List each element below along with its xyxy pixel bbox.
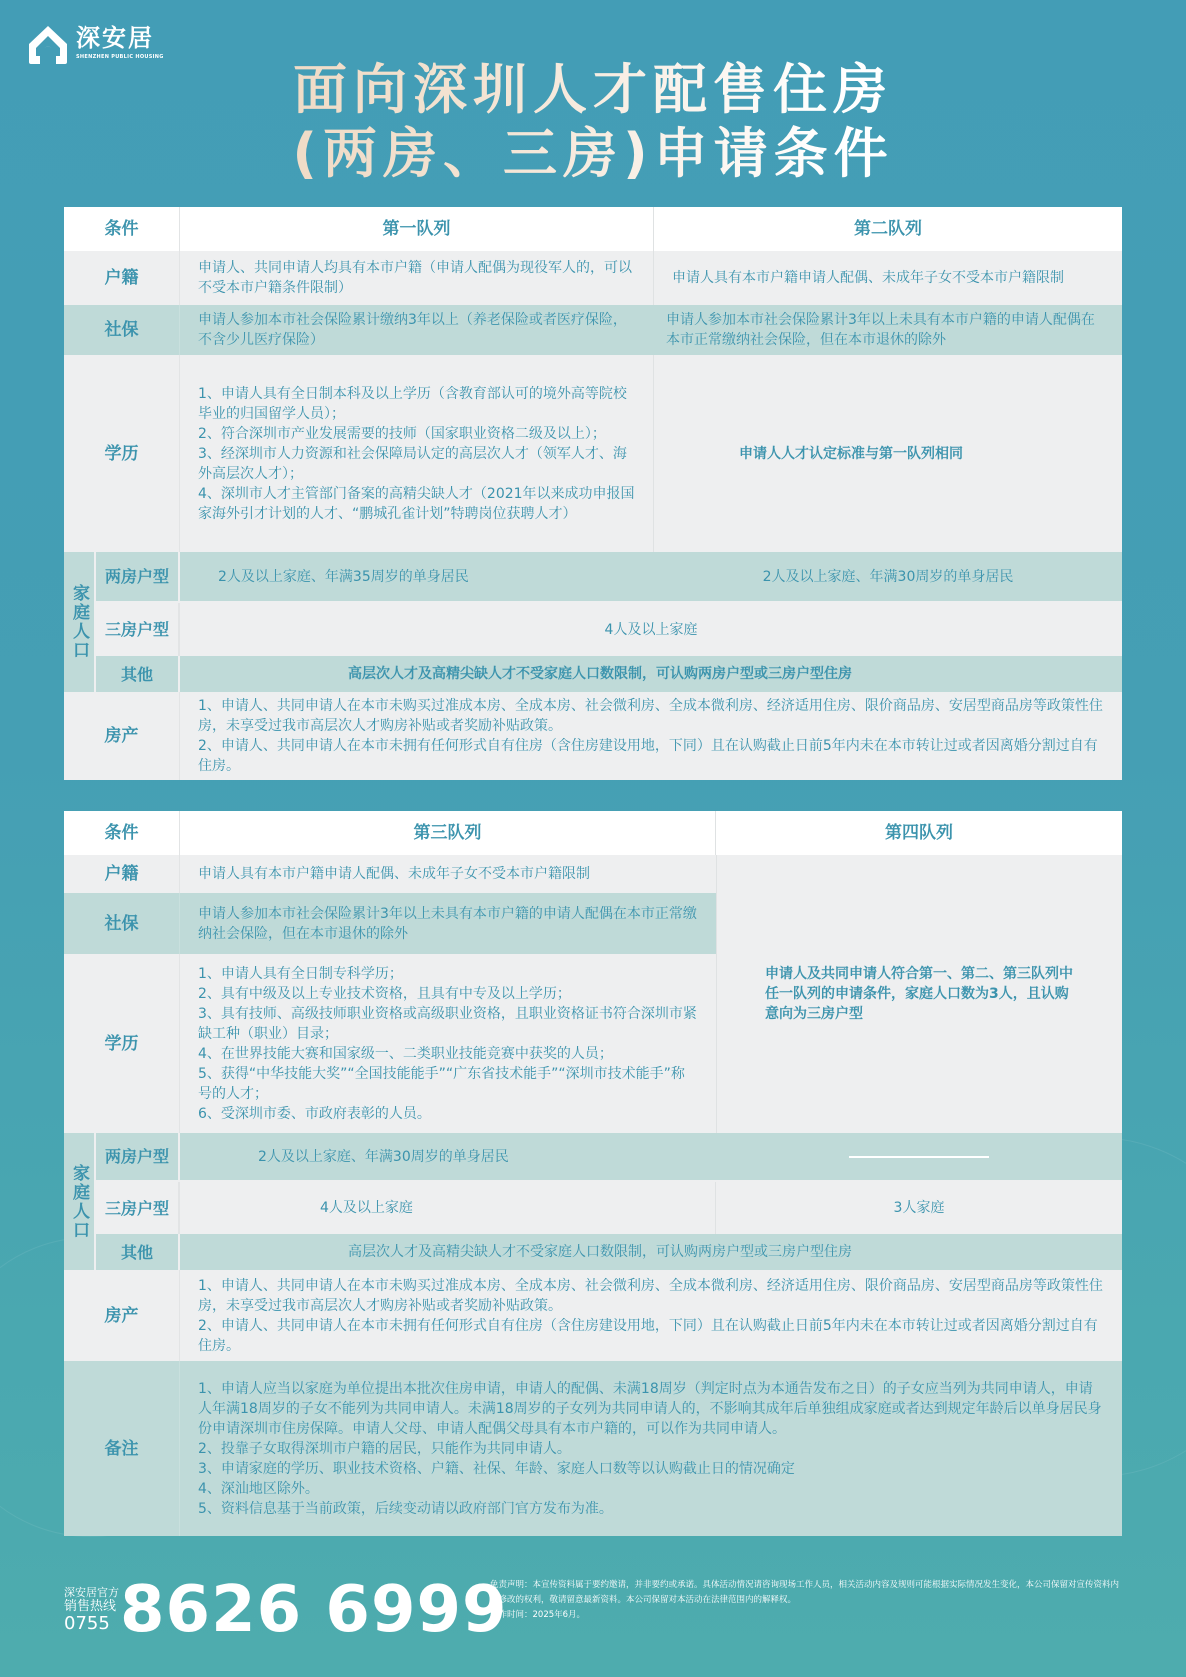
- two-room-queue-2: 2人及以上家庭、年满30周岁的单身居民: [654, 552, 1122, 601]
- hotline-line-2: 销售热线: [64, 1600, 120, 1614]
- list-item: 1、申请人具有全日制本科及以上学历（含教育部认可的境外高等院校毕业的归国留学人员…: [198, 384, 635, 424]
- row-xueli: 学历 1、申请人具有全日制专科学历； 2、具有中级及以上专业技术资格，且具有中专…: [64, 954, 716, 1133]
- list-item: 4、深圳市人才主管部门备案的高精尖缺人才（2021年以来成功申报国家海外引才计划…: [198, 484, 635, 524]
- xueli-queue-1-list: 1、申请人具有全日制本科及以上学历（含教育部认可的境外高等院校毕业的归国留学人员…: [180, 355, 654, 552]
- header-queue-2: 第二队列: [654, 207, 1122, 251]
- queue-4-merged-condition: 申请人及共同申请人符合第一、第二、第三队列中任一队列的申请条件，家庭人口数为3人…: [716, 855, 1122, 1133]
- row-property: 房产 1、申请人、共同申请人在本市未购买过准成本房、全成本房、社会微利房、全成本…: [64, 1270, 1122, 1361]
- list-item: 4、深汕地区除外。: [198, 1479, 319, 1499]
- conditions-table-queue-1-2: 条件 第一队列 第二队列 户籍 申请人、共同申请人均具有本市户籍（申请人配偶为现…: [64, 207, 1122, 780]
- other-value: 高层次人才及高精尖缺人才不受家庭人口数限制，可认购两房户型或三房户型住房: [180, 656, 1122, 692]
- list-item: 2、投靠子女取得深圳市户籍的居民，只能作为共同申请人。: [198, 1439, 571, 1459]
- row-two-room: 两房户型 2人及以上家庭、年满30周岁的单身居民: [96, 1133, 1122, 1180]
- shebao-queue-2: 申请人参加本市社会保险累计3年以上未具有本市户籍的申请人配偶在本市正常缴纳社会保…: [654, 305, 1122, 355]
- row-three-room: 三房户型 4人及以上家庭 3人家庭: [96, 1180, 1122, 1234]
- three-room-value: 4人及以上家庭: [180, 603, 1122, 656]
- shebao-queue-1: 申请人参加本市社会保险累计缴纳3年以上（养老保险或者医疗保险，不含少儿医疗保险）: [180, 305, 654, 355]
- title-line-2: (两房、三房)申请条件: [0, 122, 1186, 186]
- label-family-size: 家庭人口: [64, 1133, 96, 1270]
- label-huji: 户籍: [64, 251, 180, 305]
- list-item: 4、在世界技能大赛和国家级一、二类职业技能竞赛中获奖的人员；: [198, 1044, 613, 1064]
- group-family-size: 家庭人口 两房户型 2人及以上家庭、年满35周岁的单身居民 2人及以上家庭、年满…: [64, 552, 1122, 692]
- disclaimer-text: 免责声明：本宣传资料属于要约邀请，并非要约或承诺。具体活动情况请咨询现场工作人员…: [490, 1578, 1120, 1608]
- area-code: 0755: [64, 1614, 120, 1634]
- label-other: 其他: [96, 656, 180, 692]
- list-item: 3、经深圳市人力资源和社会保障局认定的高层次人才（领军人才、海外高层次人才）；: [198, 444, 635, 484]
- huji-queue-3: 申请人具有本市户籍申请人配偶、未成年子女不受本市户籍限制: [180, 855, 716, 893]
- huji-queue-1: 申请人、共同申请人均具有本市户籍（申请人配偶为现役军人的，可以不受本市户籍条件限…: [180, 251, 654, 305]
- row-other: 其他 高层次人才及高精尖缺人才不受家庭人口数限制，可认购两房户型或三房户型住房: [96, 1234, 1122, 1270]
- label-three-room: 三房户型: [96, 603, 180, 656]
- row-three-room: 三房户型 4人及以上家庭: [96, 601, 1122, 656]
- xueli-queue-2: 申请人人才认定标准与第一队列相同: [654, 355, 1122, 552]
- list-item: 2、申请人、共同申请人在本市未拥有任何形式自有住房（含住房建设用地，下同）且在认…: [198, 1316, 1104, 1356]
- label-notes: 备注: [64, 1361, 180, 1536]
- xueli-queue-3-list: 1、申请人具有全日制专科学历； 2、具有中级及以上专业技术资格，且具有中专及以上…: [180, 954, 716, 1133]
- hotline-block: 深安居官方 销售热线 0755 8626 6999: [64, 1575, 508, 1645]
- page-title: 面向深圳人才配售住房 (两房、三房)申请条件: [0, 58, 1186, 186]
- label-property: 房产: [64, 692, 180, 780]
- label-xueli: 学历: [64, 954, 180, 1133]
- other-value: 高层次人才及高精尖缺人才不受家庭人口数限制，可认购两房户型或三房户型住房: [180, 1234, 1122, 1270]
- disclaimer: 免责声明：本宣传资料属于要约邀请，并非要约或承诺。具体活动情况请咨询现场工作人员…: [490, 1578, 1120, 1623]
- three-room-queue-3: 4人及以上家庭: [180, 1182, 716, 1234]
- list-item: 5、资料信息基于当前政策，后续变动请以政府部门官方发布为准。: [198, 1499, 613, 1519]
- label-three-room: 三房户型: [96, 1182, 180, 1234]
- two-room-queue-3: 2人及以上家庭、年满30周岁的单身居民: [180, 1133, 716, 1180]
- label-family-size: 家庭人口: [64, 552, 96, 692]
- list-item: 1、申请人具有全日制专科学历；: [198, 964, 403, 984]
- label-xueli: 学历: [64, 355, 180, 552]
- hotline-label: 深安居官方 销售热线 0755: [64, 1586, 120, 1634]
- label-two-room: 两房户型: [96, 552, 180, 601]
- two-room-queue-1: 2人及以上家庭、年满35周岁的单身居民: [180, 552, 654, 601]
- label-huji: 户籍: [64, 855, 180, 893]
- row-shebao: 社保 申请人参加本市社会保险累计缴纳3年以上（养老保险或者医疗保险，不含少儿医疗…: [64, 305, 1122, 355]
- header-queue-3: 第三队列: [180, 811, 716, 855]
- property-list: 1、申请人、共同申请人在本市未购买过准成本房、全成本房、社会微利房、全成本微利房…: [180, 692, 1122, 780]
- row-property: 房产 1、申请人、共同申请人在本市未购买过准成本房、全成本房、社会微利房、全成本…: [64, 692, 1122, 780]
- row-huji: 户籍 申请人具有本市户籍申请人配偶、未成年子女不受本市户籍限制: [64, 855, 716, 893]
- list-item: 6、受深圳市委、市政府表彰的人员。: [198, 1104, 431, 1124]
- list-item: 1、申请人、共同申请人在本市未购买过准成本房、全成本房、社会微利房、全成本微利房…: [198, 1276, 1104, 1316]
- header-condition: 条件: [64, 811, 180, 855]
- two-room-queue-4: [716, 1133, 1122, 1180]
- row-huji: 户籍 申请人、共同申请人均具有本市户籍（申请人配偶为现役军人的，可以不受本市户籍…: [64, 251, 1122, 305]
- table-header: 条件 第一队列 第二队列: [64, 207, 1122, 251]
- list-item: 2、申请人、共同申请人在本市未拥有任何形式自有住房（含住房建设用地，下同）且在认…: [198, 736, 1104, 776]
- hotline-phone-number[interactable]: 8626 6999: [120, 1575, 508, 1645]
- label-property: 房产: [64, 1270, 180, 1361]
- brand-name: 深安居: [76, 24, 164, 52]
- property-list: 1、申请人、共同申请人在本市未购买过准成本房、全成本房、社会微利房、全成本微利房…: [180, 1270, 1122, 1361]
- huji-queue-2: 申请人具有本市户籍申请人配偶、未成年子女不受本市户籍限制: [654, 251, 1122, 305]
- row-two-room: 两房户型 2人及以上家庭、年满35周岁的单身居民 2人及以上家庭、年满30周岁的…: [96, 552, 1122, 601]
- label-two-room: 两房户型: [96, 1133, 180, 1180]
- list-item: 1、申请人、共同申请人在本市未购买过准成本房、全成本房、社会微利房、全成本微利房…: [198, 696, 1104, 736]
- list-item: 1、申请人应当以家庭为单位提出本批次住房申请，申请人的配偶、未满18周岁（判定时…: [198, 1379, 1104, 1439]
- conditions-table-queue-3-4: 条件 第三队列 第四队列 户籍 申请人具有本市户籍申请人配偶、未成年子女不受本市…: [64, 811, 1122, 1536]
- dash-not-applicable: [849, 1156, 989, 1158]
- group-family-size: 家庭人口 两房户型 2人及以上家庭、年满30周岁的单身居民 三房户型 4人及以上…: [64, 1133, 1122, 1270]
- list-item: 5、获得“中华技能大奖”“全国技能能手”“广东省技术能手”“深圳市技术能手”称号…: [198, 1064, 698, 1104]
- label-other: 其他: [96, 1234, 180, 1270]
- header-condition: 条件: [64, 207, 180, 251]
- three-room-queue-4: 3人家庭: [716, 1182, 1122, 1234]
- table-header: 条件 第三队列 第四队列: [64, 811, 1122, 855]
- made-time: 制作时间：2025年6月。: [490, 1608, 1120, 1623]
- label-shebao: 社保: [64, 893, 180, 954]
- shebao-queue-3: 申请人参加本市社会保险累计3年以上未具有本市户籍的申请人配偶在本市正常缴纳社会保…: [180, 893, 716, 954]
- title-line-1: 面向深圳人才配售住房: [0, 58, 1186, 122]
- row-notes: 备注 1、申请人应当以家庭为单位提出本批次住房申请，申请人的配偶、未满18周岁（…: [64, 1361, 1122, 1536]
- list-item: 2、具有中级及以上专业技术资格，且具有中专及以上学历；: [198, 984, 571, 1004]
- list-item: 2、符合深圳市产业发展需要的技师（国家职业资格二级及以上）；: [198, 424, 606, 444]
- row-shebao: 社保 申请人参加本市社会保险累计3年以上未具有本市户籍的申请人配偶在本市正常缴纳…: [64, 893, 716, 954]
- list-item: 3、申请家庭的学历、职业技术资格、户籍、社保、年龄、家庭人口数等以认购截止日的情…: [198, 1459, 795, 1479]
- row-other: 其他 高层次人才及高精尖缺人才不受家庭人口数限制，可认购两房户型或三房户型住房: [96, 656, 1122, 692]
- notes-list: 1、申请人应当以家庭为单位提出本批次住房申请，申请人的配偶、未满18周岁（判定时…: [180, 1361, 1122, 1536]
- row-xueli: 学历 1、申请人具有全日制本科及以上学历（含教育部认可的境外高等院校毕业的归国留…: [64, 355, 1122, 552]
- header-queue-4: 第四队列: [716, 811, 1122, 855]
- list-item: 3、具有技师、高级技师职业资格或高级职业资格，且职业资格证书符合深圳市紧缺工种（…: [198, 1004, 698, 1044]
- header-queue-1: 第一队列: [180, 207, 654, 251]
- hotline-line-1: 深安居官方: [64, 1586, 120, 1600]
- label-shebao: 社保: [64, 305, 180, 355]
